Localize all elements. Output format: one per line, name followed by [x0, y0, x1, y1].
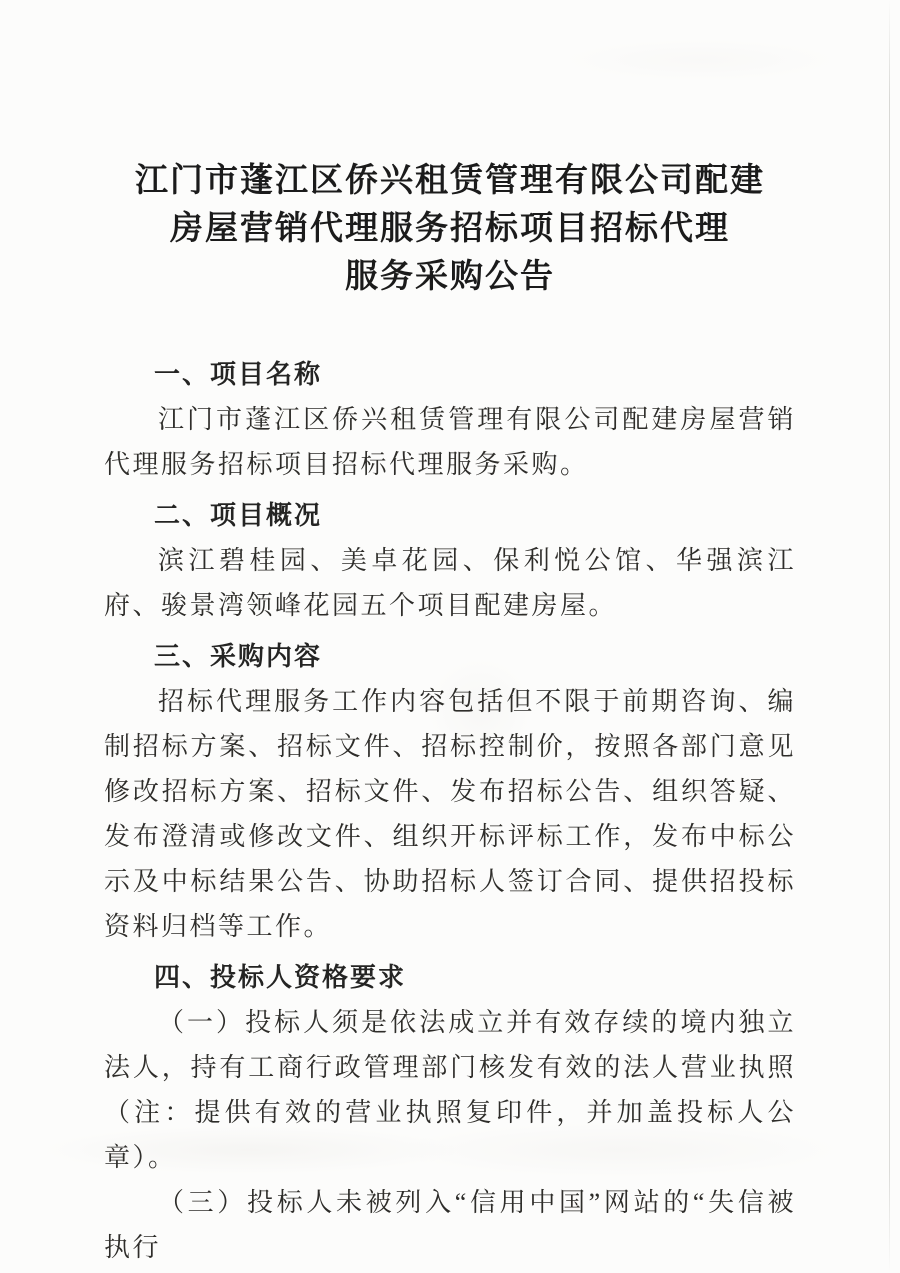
- section-4-paragraph-2: （三）投标人未被列入“信用中国”网站的“失信被执行: [104, 1180, 796, 1270]
- section-2-paragraph: 滨江碧桂园、美卓花园、保利悦公馆、华强滨江府、骏景湾领峰花园五个项目配建房屋。: [104, 538, 796, 628]
- scan-edge-artifact: [889, 0, 890, 1273]
- section-2-heading: 二、项目概况: [104, 493, 796, 538]
- section-3-paragraph: 招标代理服务工作内容包括但不限于前期咨询、编制招标方案、招标文件、招标控制价，按…: [104, 679, 796, 949]
- title-line-2: 房屋营销代理服务招标项目招标代理: [0, 204, 900, 252]
- section-4-paragraph-1: （一）投标人须是依法成立并有效存续的境内独立法人，持有工商行政管理部门核发有效的…: [104, 1000, 796, 1180]
- title-line-1: 江门市蓬江区侨兴租赁管理有限公司配建: [0, 156, 900, 204]
- section-4-heading: 四、投标人资格要求: [104, 955, 796, 1000]
- document-body: 一、项目名称 江门市蓬江区侨兴租赁管理有限公司配建房屋营销代理服务招标项目招标代…: [104, 352, 796, 1270]
- page-title: 江门市蓬江区侨兴租赁管理有限公司配建 房屋营销代理服务招标项目招标代理 服务采购…: [0, 0, 900, 300]
- section-1-heading: 一、项目名称: [104, 352, 796, 397]
- title-line-3: 服务采购公告: [0, 252, 900, 300]
- section-3-heading: 三、采购内容: [104, 634, 796, 679]
- document-page: 江门市蓬江区侨兴租赁管理有限公司配建 房屋营销代理服务招标项目招标代理 服务采购…: [0, 0, 900, 1273]
- section-1-paragraph: 江门市蓬江区侨兴租赁管理有限公司配建房屋营销代理服务招标项目招标代理服务采购。: [104, 397, 796, 487]
